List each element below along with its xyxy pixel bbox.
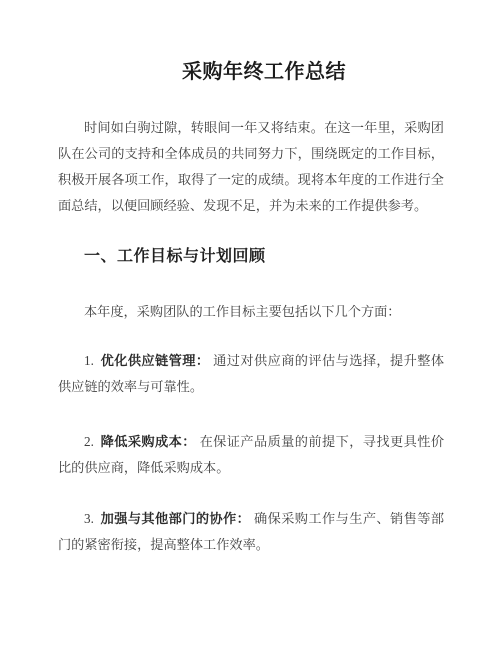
item-label: 降低采购成本： [101, 434, 196, 449]
item-label: 加强与其他部门的协作： [101, 511, 251, 526]
section-lead-paragraph: 本年度，采购团队的工作目标主要包括以下几个方面： [58, 299, 444, 325]
section-heading: 一、工作目标与计划回顾 [58, 244, 444, 270]
list-item: 1. 优化供应链管理： 通过对供应商的评估与选择，提升整体供应链的效率与可靠性。 [58, 348, 444, 400]
item-number: 1. [84, 353, 94, 368]
item-label: 优化供应链管理： [101, 353, 210, 368]
document-title: 采购年终工作总结 [58, 59, 444, 85]
item-number: 3. [84, 511, 94, 526]
intro-paragraph: 时间如白驹过隙，转眼间一年又将结束。在这一年里，采购团队在公司的支持和全体成员的… [58, 115, 444, 219]
item-number: 2. [84, 434, 94, 449]
list-item: 3. 加强与其他部门的协作： 确保采购工作与生产、销售等部门的紧密衔接，提高整体… [58, 506, 444, 558]
list-item: 2. 降低采购成本： 在保证产品质量的前提下，寻找更具性价比的供应商，降低采购成… [58, 429, 444, 481]
document-page: 采购年终工作总结 时间如白驹过隙，转眼间一年又将结束。在这一年里，采购团队在公司… [0, 0, 500, 647]
